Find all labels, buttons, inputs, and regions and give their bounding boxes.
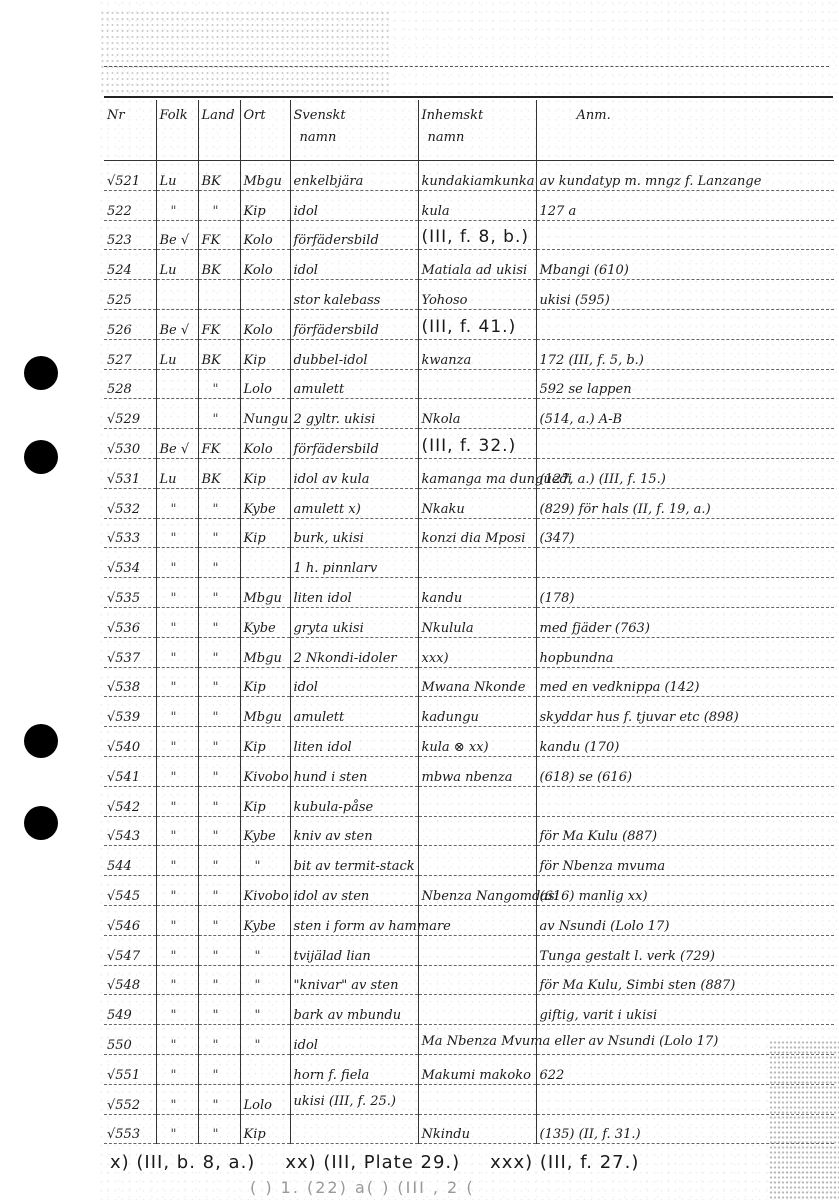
cell-ort: Kip xyxy=(240,190,290,220)
cell-land: " xyxy=(198,995,240,1025)
cell-land: FK xyxy=(198,429,240,459)
cell-folk: " xyxy=(156,1025,198,1055)
cell-inhemskt xyxy=(418,816,536,846)
cell-nr: √539 xyxy=(104,697,156,727)
cell-ort: Kip xyxy=(240,1114,290,1144)
cell-land: " xyxy=(198,846,240,876)
cell-inhemskt: kula ⊗ xx) xyxy=(418,727,536,757)
table-row: √547"""tvijälad lianTunga gestalt l. ver… xyxy=(104,935,834,965)
table-row: 524LuBKKoloidolMatiala ad ukisiMbangi (6… xyxy=(104,250,834,280)
table-row: √537""Mbgu2 Nkondi-idolerxxx)hopbundna xyxy=(104,637,834,667)
cell-ort: Kip xyxy=(240,458,290,488)
col-anm: Anm. xyxy=(536,100,834,161)
cell-anm: (135) (II, f. 31.) xyxy=(536,1114,834,1144)
cell-nr: √545 xyxy=(104,876,156,906)
col-land: Land xyxy=(198,100,240,161)
cell-folk: Lu xyxy=(156,458,198,488)
punch-hole-2 xyxy=(24,440,58,474)
cell-ort: Kip xyxy=(240,339,290,369)
faint-top-line xyxy=(104,66,829,67)
table-row: √529"Nungu2 gyltr. ukisiNkola(514, a.) A… xyxy=(104,399,834,429)
table-row: √552""Loloukisi (III, f. 25.) xyxy=(104,1084,834,1114)
cell-ort: Nungu xyxy=(240,399,290,429)
cell-land: " xyxy=(198,667,240,697)
cell-folk: " xyxy=(156,578,198,608)
cell-inhemskt: xxx) xyxy=(418,637,536,667)
cell-svenskt: amulett xyxy=(290,697,418,727)
table-row: √535""Mbguliten idolkandu(178) xyxy=(104,578,834,608)
cell-nr: √532 xyxy=(104,488,156,518)
cell-folk: " xyxy=(156,935,198,965)
cell-anm: för Nbenza mvuma xyxy=(536,846,834,876)
cell-folk: " xyxy=(156,637,198,667)
cell-land: " xyxy=(198,369,240,399)
cell-svenskt: horn f. fiela xyxy=(290,1054,418,1084)
cell-anm xyxy=(536,309,834,339)
cell-svenskt: bit av termit-stack xyxy=(290,846,418,876)
cell-inhemskt xyxy=(418,548,536,578)
cell-land: BK xyxy=(198,161,240,191)
cross-reference-note: (III, f. 41.) xyxy=(422,319,517,335)
cell-folk: " xyxy=(156,1114,198,1144)
cell-ort: Kybe xyxy=(240,488,290,518)
cell-anm: med en vedknippa (142) xyxy=(536,667,834,697)
cell-ort: " xyxy=(240,846,290,876)
table-row: √553""KipNkindu(135) (II, f. 31.) xyxy=(104,1114,834,1144)
cell-inhemskt: Yohoso xyxy=(418,280,536,310)
cell-ort: " xyxy=(240,995,290,1025)
cell-svenskt: ukisi (III, f. 25.) xyxy=(290,1084,418,1114)
cell-ort: Lolo xyxy=(240,369,290,399)
cell-land: " xyxy=(198,637,240,667)
table-row: √533""Kipburk, ukisikonzi dia Mposi(347) xyxy=(104,518,834,548)
cell-svenskt: idol xyxy=(290,190,418,220)
col-inhemskt-namn: Inhemsktnamn xyxy=(418,100,536,161)
cell-anm: Tunga gestalt l. verk (729) xyxy=(536,935,834,965)
cell-svenskt: kubula-påse xyxy=(290,786,418,816)
cell-inhemskt: kamanga ma dunguedi xyxy=(418,458,536,488)
cell-anm: 622 xyxy=(536,1054,834,1084)
col-ort: Ort xyxy=(240,100,290,161)
cell-land: " xyxy=(198,1025,240,1055)
footnote-xxx: xxx) (III, f. 27.) xyxy=(490,1152,639,1173)
col-svenskt-namn: Svensktnamn xyxy=(290,100,418,161)
cell-ort: Mbgu xyxy=(240,161,290,191)
cell-folk: " xyxy=(156,1084,198,1114)
cell-inhemskt: Mwana Nkonde xyxy=(418,667,536,697)
cell-ort: Mbgu xyxy=(240,697,290,727)
cell-svenskt: idol av sten xyxy=(290,876,418,906)
faint-footnote-line: ( ) 1. (22) a( ) (III , 2 ( xyxy=(250,1178,475,1197)
cell-land: " xyxy=(198,607,240,637)
cell-inhemskt: kwanza xyxy=(418,339,536,369)
cell-land: " xyxy=(198,905,240,935)
cell-anm xyxy=(536,220,834,250)
cell-ort: Kip xyxy=(240,786,290,816)
catalogue-table: Nr Folk Land Ort Svensktnamn Inhemsktnam… xyxy=(104,100,834,1144)
table-row: √538""KipidolMwana Nkondemed en vedknipp… xyxy=(104,667,834,697)
table-row: √546""Kybesten i form av hammareav Nsund… xyxy=(104,905,834,935)
punch-hole-4 xyxy=(24,806,58,840)
cell-ort: Kip xyxy=(240,667,290,697)
cell-anm xyxy=(536,786,834,816)
cell-svenskt: dubbel-idol xyxy=(290,339,418,369)
cell-land: FK xyxy=(198,309,240,339)
cell-land: " xyxy=(198,756,240,786)
cell-anm: Mbangi (610) xyxy=(536,250,834,280)
cell-anm: av kundatyp m. mngz f. Lanzange xyxy=(536,161,834,191)
cell-land: BK xyxy=(198,250,240,280)
table-row: √532""Kybeamulett x)Nkaku(829) för hals … xyxy=(104,488,834,518)
cell-svenskt: amulett xyxy=(290,369,418,399)
cell-folk: " xyxy=(156,995,198,1025)
table-row: 550"""idolMa Nbenza Mvuma eller av Nsund… xyxy=(104,1025,834,1055)
table-row: √551""horn f. fielaMakumi makoko622 xyxy=(104,1054,834,1084)
cell-land: " xyxy=(198,518,240,548)
table-row: √531LuBKKipidol av kulakamanga ma dungue… xyxy=(104,458,834,488)
cell-folk: " xyxy=(156,1054,198,1084)
cell-anm xyxy=(536,1084,834,1114)
cell-nr: √537 xyxy=(104,637,156,667)
cell-land: " xyxy=(198,697,240,727)
cell-folk: " xyxy=(156,697,198,727)
cell-folk: " xyxy=(156,905,198,935)
cell-svenskt: bark av mbundu xyxy=(290,995,418,1025)
cell-land: " xyxy=(198,816,240,846)
cell-ort: " xyxy=(240,965,290,995)
cell-anm: kandu (170) xyxy=(536,727,834,757)
cell-ort: " xyxy=(240,1025,290,1055)
cell-anm: (829) för hals (II, f. 19, a.) xyxy=(536,488,834,518)
cell-ort: Kybe xyxy=(240,607,290,637)
cell-anm: (616) manlig xx) xyxy=(536,876,834,906)
cell-anm: med fjäder (763) xyxy=(536,607,834,637)
cell-inhemskt: Nkaku xyxy=(418,488,536,518)
cross-reference-note: Ma Nbenza Mvuma eller av Nsundi (Lolo 17… xyxy=(422,1034,719,1050)
cell-svenskt: idol xyxy=(290,250,418,280)
cell-svenskt: förfädersbild xyxy=(290,309,418,339)
table-row: √540""Kipliten idolkula ⊗ xx)kandu (170) xyxy=(104,727,834,757)
cell-nr: √547 xyxy=(104,935,156,965)
cell-folk: " xyxy=(156,846,198,876)
cell-inhemskt: kundakiamkunka xyxy=(418,161,536,191)
cell-nr: √534 xyxy=(104,548,156,578)
cell-svenskt: 1 h. pinnlarv xyxy=(290,548,418,578)
cell-svenskt: liten idol xyxy=(290,727,418,757)
cell-ort: Lolo xyxy=(240,1084,290,1114)
cell-folk: " xyxy=(156,756,198,786)
cell-inhemskt xyxy=(418,995,536,1025)
cell-nr: √536 xyxy=(104,607,156,637)
cell-ort: Kybe xyxy=(240,905,290,935)
cell-ort xyxy=(240,1054,290,1084)
cell-anm: av Nsundi (Lolo 17) xyxy=(536,905,834,935)
cell-folk: Be √ xyxy=(156,309,198,339)
cell-anm: giftig, varit i ukisi xyxy=(536,995,834,1025)
table-row: 525stor kalebassYohosoukisi (595) xyxy=(104,280,834,310)
cell-folk: " xyxy=(156,667,198,697)
cross-reference-note: (III, f. 8, b.) xyxy=(422,229,530,245)
cell-inhemskt xyxy=(418,846,536,876)
cell-folk xyxy=(156,399,198,429)
cell-folk xyxy=(156,369,198,399)
table-row: 522""Kipidolkula127 a xyxy=(104,190,834,220)
cell-svenskt: amulett x) xyxy=(290,488,418,518)
cell-inhemskt: mbwa nbenza xyxy=(418,756,536,786)
cell-inhemskt xyxy=(418,369,536,399)
cell-anm: hopbundna xyxy=(536,637,834,667)
cell-inhemskt: konzi dia Mposi xyxy=(418,518,536,548)
cell-land: " xyxy=(198,935,240,965)
cell-nr: √533 xyxy=(104,518,156,548)
table-row: √521LuBKMbguenkelbjärakundakiamkunkaav k… xyxy=(104,161,834,191)
table-row: √548""""knivar" av stenför Ma Kulu, Simb… xyxy=(104,965,834,995)
cell-folk: " xyxy=(156,786,198,816)
cell-anm: skyddar hus f. tjuvar etc (898) xyxy=(536,697,834,727)
cell-ort: Kip xyxy=(240,518,290,548)
cell-land: " xyxy=(198,1084,240,1114)
cell-folk: " xyxy=(156,518,198,548)
cell-nr: √530 xyxy=(104,429,156,459)
cell-inhemskt: Makumi makoko xyxy=(418,1054,536,1084)
table-row: √534""1 h. pinnlarv xyxy=(104,548,834,578)
col-folk: Folk xyxy=(156,100,198,161)
table-row: 544"""bit av termit-stackför Nbenza mvum… xyxy=(104,846,834,876)
table-body: √521LuBKMbguenkelbjärakundakiamkunkaav k… xyxy=(104,161,834,1144)
cell-ort: Kip xyxy=(240,727,290,757)
table-row: 523Be √FKKoloförfädersbild(III, f. 8, b.… xyxy=(104,220,834,250)
cell-nr: √551 xyxy=(104,1054,156,1084)
cell-land: BK xyxy=(198,458,240,488)
cell-svenskt: gryta ukisi xyxy=(290,607,418,637)
cell-anm: för Ma Kulu, Simbi sten (887) xyxy=(536,965,834,995)
cell-land: " xyxy=(198,578,240,608)
cell-svenskt: enkelbjära xyxy=(290,161,418,191)
cell-svenskt: förfädersbild xyxy=(290,220,418,250)
cell-nr: √535 xyxy=(104,578,156,608)
cell-folk: Be √ xyxy=(156,220,198,250)
cell-nr: 528 xyxy=(104,369,156,399)
cell-inhemskt xyxy=(418,965,536,995)
cell-anm: 592 se lappen xyxy=(536,369,834,399)
cell-nr: √546 xyxy=(104,905,156,935)
table-row: 526Be √FKKoloförfädersbild(III, f. 41.) xyxy=(104,309,834,339)
cell-land: " xyxy=(198,488,240,518)
table-row: 549"""bark av mbundugiftig, varit i ukis… xyxy=(104,995,834,1025)
cell-nr: 525 xyxy=(104,280,156,310)
cell-nr: √521 xyxy=(104,161,156,191)
cell-nr: 549 xyxy=(104,995,156,1025)
table-row: √545""Kivoboidol av stenNbenza Nangomdas… xyxy=(104,876,834,906)
header-rule xyxy=(104,96,833,98)
cell-anm: (347) xyxy=(536,518,834,548)
cell-svenskt: idol xyxy=(290,1025,418,1055)
cell-land: " xyxy=(198,548,240,578)
cell-land: " xyxy=(198,965,240,995)
cell-anm: 127 a xyxy=(536,190,834,220)
cell-land: FK xyxy=(198,220,240,250)
cell-folk: " xyxy=(156,607,198,637)
cell-ort: Kolo xyxy=(240,250,290,280)
cell-anm: (178) xyxy=(536,578,834,608)
cell-ort: Kolo xyxy=(240,429,290,459)
cell-land: " xyxy=(198,399,240,429)
col-nr: Nr xyxy=(104,100,156,161)
punch-hole-3 xyxy=(24,724,58,758)
cell-folk: " xyxy=(156,965,198,995)
cell-ort: Kybe xyxy=(240,816,290,846)
cell-inhemskt xyxy=(418,935,536,965)
cell-ort: " xyxy=(240,935,290,965)
table-row: 528"Loloamulett592 se lappen xyxy=(104,369,834,399)
cell-land: " xyxy=(198,1054,240,1084)
cell-ort: Kivobo xyxy=(240,756,290,786)
cell-ort: Mbgu xyxy=(240,578,290,608)
cell-anm xyxy=(536,548,834,578)
cell-ort: Kolo xyxy=(240,220,290,250)
cell-svenskt: 2 Nkondi-idoler xyxy=(290,637,418,667)
cell-svenskt: tvijälad lian xyxy=(290,935,418,965)
cell-anm: 172 (III, f. 5, b.) xyxy=(536,339,834,369)
cell-svenskt: hund i sten xyxy=(290,756,418,786)
cell-inhemskt: Nkola xyxy=(418,399,536,429)
cell-nr: 550 xyxy=(104,1025,156,1055)
cell-ort: Kivobo xyxy=(240,876,290,906)
cell-anm: (618) se (616) xyxy=(536,756,834,786)
cell-svenskt: burk, ukisi xyxy=(290,518,418,548)
cell-anm: (514, a.) A-B xyxy=(536,399,834,429)
cell-nr: √531 xyxy=(104,458,156,488)
cell-folk: Lu xyxy=(156,161,198,191)
cell-svenskt: idol xyxy=(290,667,418,697)
cell-svenskt: kniv av sten xyxy=(290,816,418,846)
cell-anm xyxy=(536,429,834,459)
header-row: Nr Folk Land Ort Svensktnamn Inhemsktnam… xyxy=(104,100,834,161)
cell-svenskt: sten i form av hammare xyxy=(290,905,418,935)
cell-land: " xyxy=(198,190,240,220)
cell-inhemskt: kadungu xyxy=(418,697,536,727)
cell-inhemskt: kula xyxy=(418,190,536,220)
cell-land: " xyxy=(198,786,240,816)
top-smudge xyxy=(100,10,390,95)
cell-inhemskt: Nbenza Nangomdasi xyxy=(418,876,536,906)
footnotes: x) (III, b. 8, a.) xx) (III, Plate 29.) … xyxy=(110,1152,830,1173)
cell-folk: Be √ xyxy=(156,429,198,459)
cell-land: BK xyxy=(198,339,240,369)
cell-inhemskt: Ma Nbenza Mvuma eller av Nsundi (Lolo 17… xyxy=(418,1025,536,1055)
cell-svenskt: stor kalebass xyxy=(290,280,418,310)
cell-land xyxy=(198,280,240,310)
cell-ort xyxy=(240,548,290,578)
punch-hole-1 xyxy=(24,356,58,390)
cell-svenskt: "knivar" av sten xyxy=(290,965,418,995)
cell-anm: (127, a.) (III, f. 15.) xyxy=(536,458,834,488)
cell-folk: Lu xyxy=(156,339,198,369)
cell-land: " xyxy=(198,1114,240,1144)
cell-inhemskt: Matiala ad ukisi xyxy=(418,250,536,280)
cell-inhemskt xyxy=(418,1084,536,1114)
cell-anm: ukisi (595) xyxy=(536,280,834,310)
cell-inhemskt: Nkulula xyxy=(418,607,536,637)
cell-nr: 544 xyxy=(104,846,156,876)
footnote-xx: xx) (III, Plate 29.) xyxy=(285,1152,460,1173)
table-row: √539""Mbguamulettkadunguskyddar hus f. t… xyxy=(104,697,834,727)
cell-nr: 526 xyxy=(104,309,156,339)
cell-svenskt: 2 gyltr. ukisi xyxy=(290,399,418,429)
cell-land: " xyxy=(198,727,240,757)
cell-folk xyxy=(156,280,198,310)
cross-reference-note: ukisi (III, f. 25.) xyxy=(294,1094,396,1110)
cell-folk: " xyxy=(156,488,198,518)
footnote-x: x) (III, b. 8, a.) xyxy=(110,1152,255,1173)
cell-nr: √548 xyxy=(104,965,156,995)
cell-inhemskt: Nkindu xyxy=(418,1114,536,1144)
cell-nr: √542 xyxy=(104,786,156,816)
cell-nr: √538 xyxy=(104,667,156,697)
cell-folk: Lu xyxy=(156,250,198,280)
cell-nr: √529 xyxy=(104,399,156,429)
cell-inhemskt: (III, f. 32.) xyxy=(418,429,536,459)
cell-nr: √540 xyxy=(104,727,156,757)
cell-inhemskt: kandu xyxy=(418,578,536,608)
table-row: √536""Kybegryta ukisiNkululamed fjäder (… xyxy=(104,607,834,637)
cross-reference-note: (III, f. 32.) xyxy=(422,438,517,454)
cell-svenskt xyxy=(290,1114,418,1144)
cell-folk: " xyxy=(156,727,198,757)
cell-land: " xyxy=(198,876,240,906)
cell-inhemskt xyxy=(418,786,536,816)
cell-folk: " xyxy=(156,190,198,220)
cell-inhemskt: (III, f. 8, b.) xyxy=(418,220,536,250)
cell-anm: för Ma Kulu (887) xyxy=(536,816,834,846)
table-row: √541""Kivobohund i stenmbwa nbenza(618) … xyxy=(104,756,834,786)
cell-nr: √541 xyxy=(104,756,156,786)
cell-nr: 522 xyxy=(104,190,156,220)
table-row: √530Be √FKKoloförfädersbild(III, f. 32.) xyxy=(104,429,834,459)
cell-ort: Kolo xyxy=(240,309,290,339)
cell-svenskt: idol av kula xyxy=(290,458,418,488)
cell-nr: √543 xyxy=(104,816,156,846)
cell-nr: 527 xyxy=(104,339,156,369)
cell-nr: √553 xyxy=(104,1114,156,1144)
cell-inhemskt: (III, f. 41.) xyxy=(418,309,536,339)
cell-ort: Mbgu xyxy=(240,637,290,667)
cell-svenskt: förfädersbild xyxy=(290,429,418,459)
cell-ort xyxy=(240,280,290,310)
table-row: √543""Kybekniv av stenför Ma Kulu (887) xyxy=(104,816,834,846)
cell-folk: " xyxy=(156,548,198,578)
table-row: √542""Kipkubula-påse xyxy=(104,786,834,816)
cell-nr: √552 xyxy=(104,1084,156,1114)
cell-svenskt: liten idol xyxy=(290,578,418,608)
cell-folk: " xyxy=(156,876,198,906)
cell-nr: 523 xyxy=(104,220,156,250)
cell-folk: " xyxy=(156,816,198,846)
cell-nr: 524 xyxy=(104,250,156,280)
table-row: 527LuBKKipdubbel-idolkwanza172 (III, f. … xyxy=(104,339,834,369)
